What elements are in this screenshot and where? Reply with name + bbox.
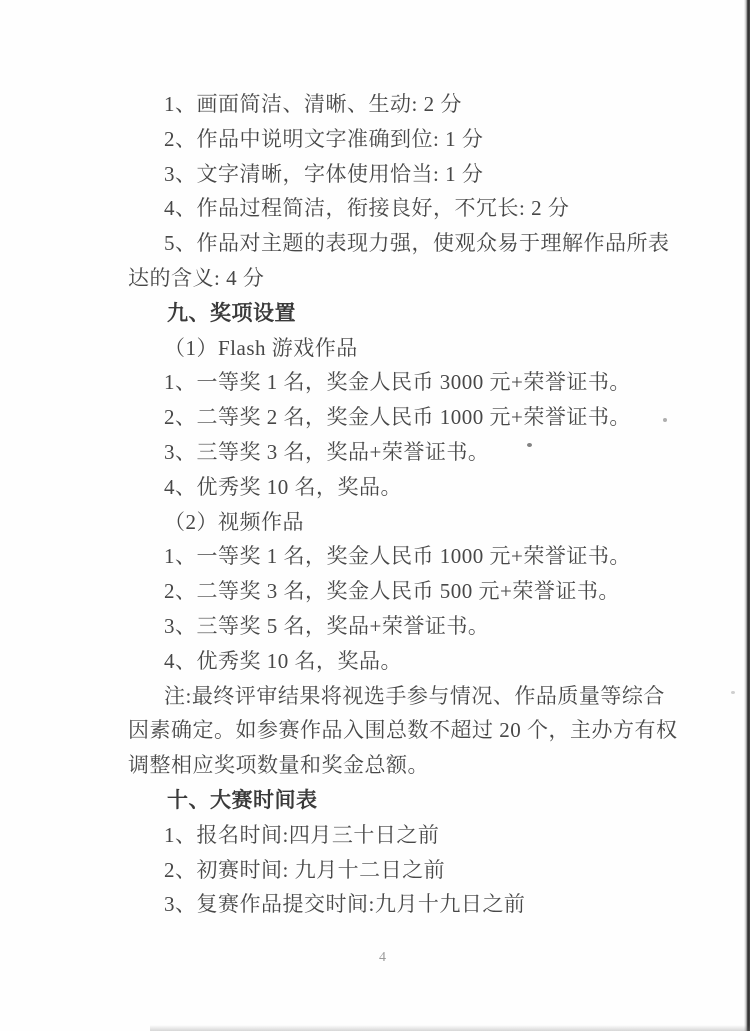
page-number: 4 xyxy=(379,950,386,966)
document-line: （2）视频作品 xyxy=(0,505,750,540)
scan-speck xyxy=(663,418,667,422)
document-line: 1、画面简洁、清晰、生动: 2 分 xyxy=(0,87,750,122)
document-line: 4、优秀奖 10 名，奖品。 xyxy=(0,470,750,505)
document-line: 1、一等奖 1 名，奖金人民币 1000 元+荣誉证书。 xyxy=(0,539,750,574)
document-line: 3、三等奖 5 名，奖品+荣誉证书。 xyxy=(0,609,750,644)
document-line: 4、优秀奖 10 名，奖品。 xyxy=(0,644,750,679)
document-line: 2、作品中说明文字准确到位: 1 分 xyxy=(0,122,750,157)
document-line: 九、奖项设置 xyxy=(0,296,750,331)
document-line: 5、作品对主题的表现力强，使观众易于理解作品所表 xyxy=(0,226,750,261)
document-line: 4、作品过程简洁，衔接良好，不冗长: 2 分 xyxy=(0,191,750,226)
scanned-page: 1、画面简洁、清晰、生动: 2 分2、作品中说明文字准确到位: 1 分3、文字清… xyxy=(0,0,750,1031)
document-body: 1、画面简洁、清晰、生动: 2 分2、作品中说明文字准确到位: 1 分3、文字清… xyxy=(0,87,750,922)
document-line: （1）Flash 游戏作品 xyxy=(0,331,750,366)
document-line: 2、初赛时间: 九月十二日之前 xyxy=(0,853,750,888)
scan-speck xyxy=(731,691,735,694)
scan-speck xyxy=(527,443,532,447)
document-line: 3、复赛作品提交时间:九月十九日之前 xyxy=(0,887,750,922)
scan-edge-right xyxy=(744,0,750,1031)
document-line: 3、文字清晰，字体使用恰当: 1 分 xyxy=(0,157,750,192)
document-line: 2、二等奖 3 名，奖金人民币 500 元+荣誉证书。 xyxy=(0,574,750,609)
document-line: 1、一等奖 1 名，奖金人民币 3000 元+荣誉证书。 xyxy=(0,365,750,400)
document-line: 注:最终评审结果将视选手参与情况、作品质量等综合 xyxy=(0,679,750,714)
document-line: 2、二等奖 2 名，奖金人民币 1000 元+荣誉证书。 xyxy=(0,400,750,435)
scan-shadow-bottom xyxy=(150,1025,750,1031)
document-line: 3、三等奖 3 名，奖品+荣誉证书。 xyxy=(0,435,750,470)
document-line: 十、大赛时间表 xyxy=(0,783,750,818)
document-line: 调整相应奖项数量和奖金总额。 xyxy=(0,748,750,783)
document-line: 1、报名时间:四月三十日之前 xyxy=(0,818,750,853)
document-line: 达的含义: 4 分 xyxy=(0,261,750,296)
document-line: 因素确定。如参赛作品入围总数不超过 20 个，主办方有权 xyxy=(0,713,750,748)
